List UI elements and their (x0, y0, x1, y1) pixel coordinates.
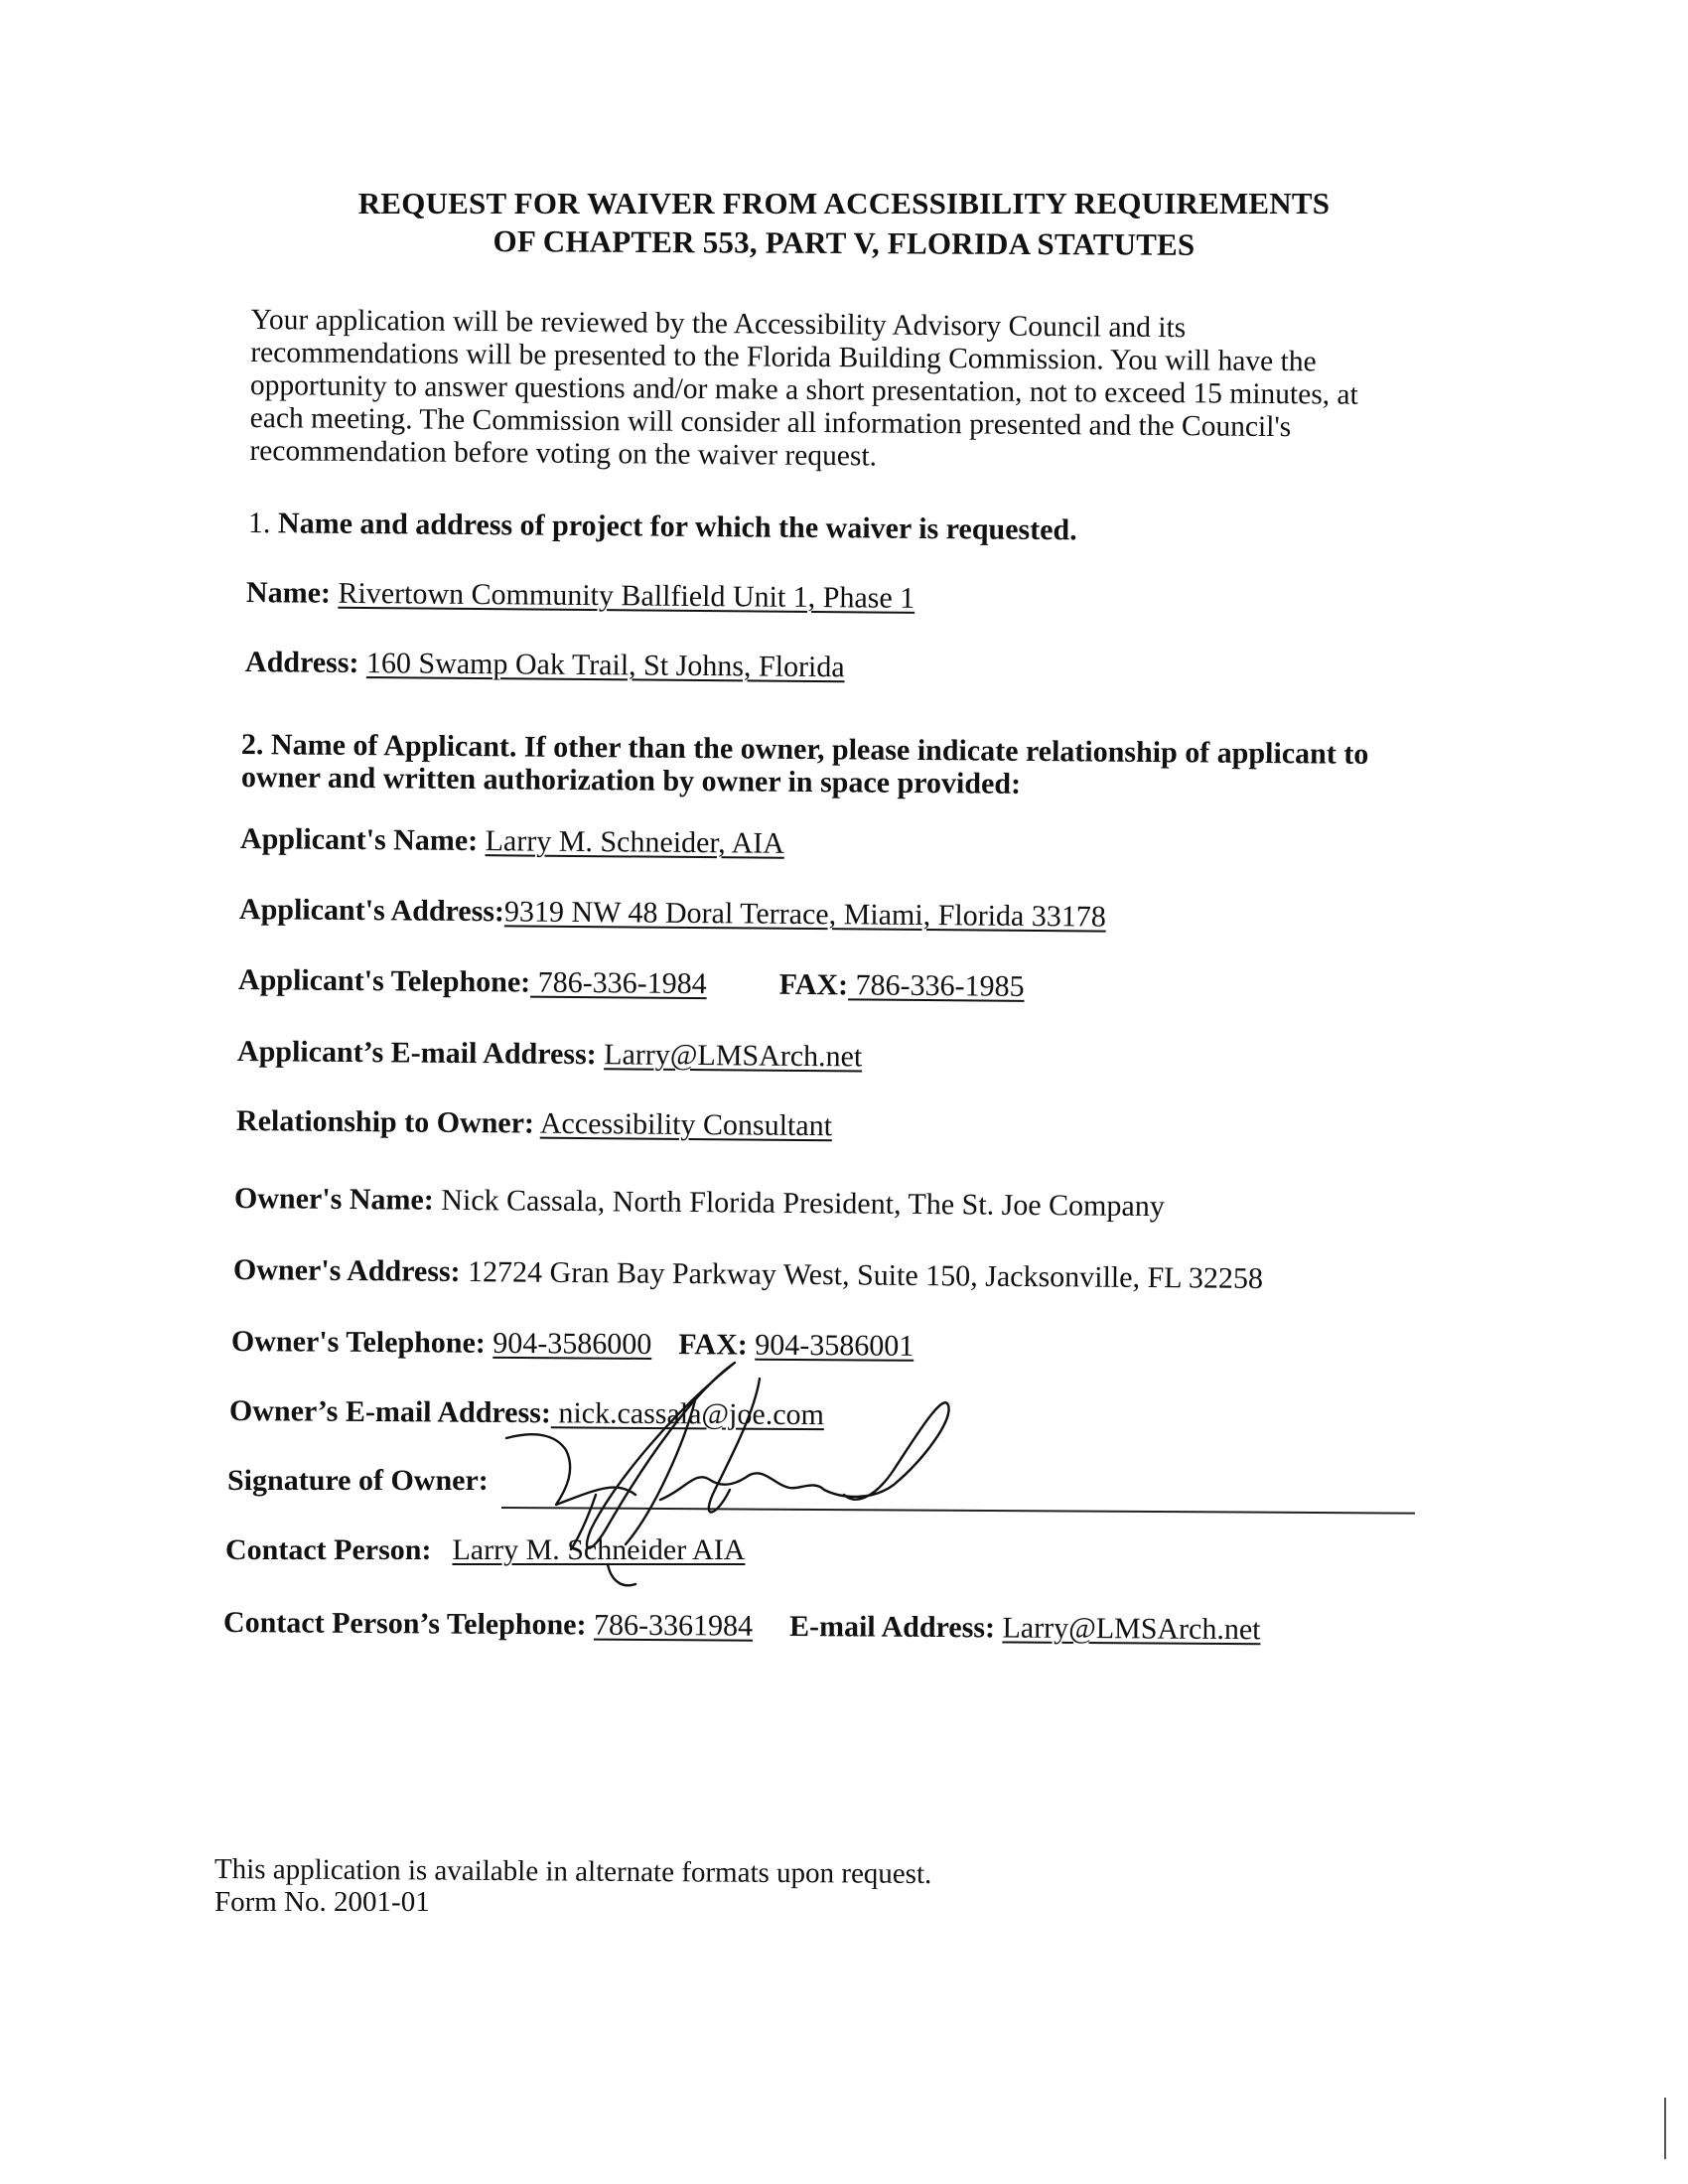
project-address-row: Address: 160 Swamp Oak Trail, St Johns, … (245, 646, 845, 684)
applicant-email-field[interactable]: Larry@LMSArch.net (604, 1038, 862, 1073)
applicant-address-label: Applicant's Address: (239, 893, 504, 928)
applicant-telephone-row: Applicant's Telephone: 786-336-1984 FAX:… (238, 963, 1025, 1004)
applicant-fax-label: FAX: (779, 968, 849, 1002)
owner-name-field[interactable]: Nick Cassala, North Florida President, T… (441, 1184, 1165, 1223)
form-number: Form No. 2001-01 (214, 1885, 430, 1919)
applicant-name-label: Applicant's Name: (240, 822, 478, 857)
contact-person-field[interactable]: Larry M. Schneider AIA (452, 1533, 745, 1566)
owner-email-field[interactable]: nick.cassala@joe.com (551, 1396, 824, 1431)
relationship-field[interactable]: Accessibility Consultant (540, 1107, 832, 1143)
section-1-heading-text: Name and address of project for which th… (278, 507, 1077, 546)
project-name-field[interactable]: Rivertown Community Ballfield Unit 1, Ph… (338, 577, 914, 615)
owner-telephone-field[interactable]: 904-3586000 (492, 1327, 651, 1361)
applicant-address-field[interactable]: 9319 NW 48 Doral Terrace, Miami, Florida… (504, 895, 1106, 933)
contact-telephone-row: Contact Person’s Telephone: 786-3361984 … (223, 1606, 1261, 1647)
contact-telephone-label: Contact Person’s Telephone: (223, 1606, 587, 1642)
owner-telephone-row: Owner's Telephone: 904-3586000 FAX: 904-… (231, 1325, 914, 1364)
owner-fax-label: FAX: (678, 1328, 748, 1361)
intro-paragraph: Your application will be reviewed by the… (249, 304, 1442, 478)
applicant-email-row: Applicant’s E-mail Address: Larry@LMSArc… (237, 1035, 863, 1074)
applicant-address-row: Applicant's Address:9319 NW 48 Doral Ter… (239, 893, 1106, 935)
project-name-label: Name: (246, 576, 331, 610)
applicant-email-label: Applicant’s E-mail Address: (237, 1035, 597, 1071)
signature-row: Signature of Owner: (227, 1464, 489, 1498)
owner-address-field[interactable]: 12724 Gran Bay Parkway West, Suite 150, … (468, 1255, 1263, 1295)
scan-edge-mark (1664, 2098, 1666, 2159)
form-title-line-1: REQUEST FOR WAIVER FROM ACCESSIBILITY RE… (0, 187, 1688, 220)
applicant-fax-field[interactable]: 786-336-1985 (848, 968, 1025, 1003)
section-1-number: 1. (248, 507, 271, 539)
owner-email-row: Owner’s E-mail Address: nick.cassala@joe… (229, 1394, 824, 1432)
owner-address-label: Owner's Address: (233, 1253, 461, 1288)
relationship-row: Relationship to Owner: Accessibility Con… (236, 1104, 832, 1143)
owner-telephone-label: Owner's Telephone: (231, 1325, 486, 1360)
section-1-heading: 1. Name and address of project for which… (248, 507, 1077, 547)
signature-line[interactable] (501, 1507, 1415, 1515)
form-title-line-2: OF CHAPTER 553, PART V, FLORIDA STATUTES (0, 222, 1688, 265)
owner-address-row: Owner's Address: 12724 Gran Bay Parkway … (233, 1253, 1263, 1296)
section-2-heading-line-2: owner and written authorization by owner… (241, 761, 1021, 801)
owner-name-row: Owner's Name: Nick Cassala, North Florid… (234, 1182, 1165, 1224)
owner-email-label: Owner’s E-mail Address: (229, 1394, 551, 1429)
applicant-name-row: Applicant's Name: Larry M. Schneider, AI… (240, 822, 784, 861)
applicant-telephone-label: Applicant's Telephone: (238, 963, 531, 999)
signature-label: Signature of Owner: (227, 1464, 489, 1497)
applicant-name-field[interactable]: Larry M. Schneider, AIA (486, 824, 784, 860)
applicant-telephone-field[interactable]: 786-336-1984 (530, 966, 707, 1001)
contact-person-label: Contact Person: (225, 1533, 431, 1566)
contact-telephone-field[interactable]: 786-3361984 (594, 1609, 753, 1643)
project-name-row: Name: Rivertown Community Ballfield Unit… (246, 576, 915, 616)
owner-name-label: Owner's Name: (234, 1182, 434, 1217)
contact-person-row: Contact Person: Larry M. Schneider AIA (225, 1533, 745, 1567)
contact-email-label: E-mail Address: (789, 1610, 995, 1644)
contact-email-field[interactable]: Larry@LMSArch.net (1002, 1611, 1260, 1646)
relationship-label: Relationship to Owner: (236, 1104, 534, 1140)
owner-fax-field[interactable]: 904-3586001 (755, 1329, 914, 1363)
project-address-label: Address: (245, 646, 359, 679)
project-address-field[interactable]: 160 Swamp Oak Trail, St Johns, Florida (366, 647, 845, 683)
